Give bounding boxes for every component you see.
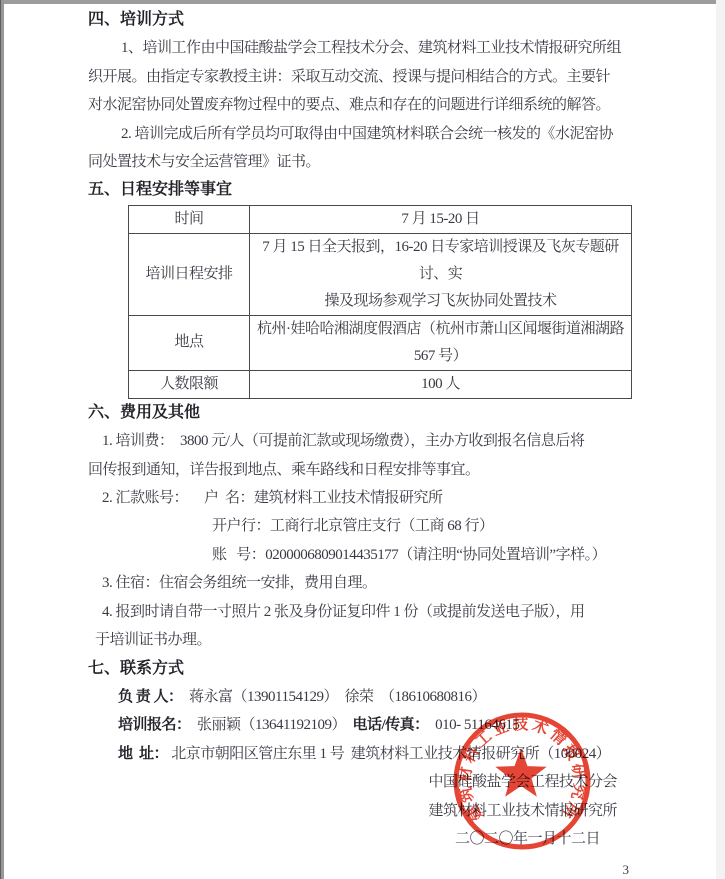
- section-heading-fees: 六、费用及其他: [88, 399, 632, 427]
- table-cell-label: 时间: [129, 205, 250, 233]
- bank-line: 开户行：工商行北京管庄支行（工商 68 行）: [88, 512, 632, 540]
- closing-org-2: 建筑材料工业技术情报研究所: [88, 797, 632, 825]
- scan-edge-left: [0, 0, 4, 879]
- contact-signup-line: 培训报名： 张丽颖（13641192109） 电话/传真： 010- 51164…: [88, 711, 632, 739]
- address-value: 北京市朝阳区管庄东里 1 号 建筑材料工业技术情报研究所（100024）: [168, 746, 610, 762]
- table-cell-value: 杭州·娃哈哈湘湖度假酒店（杭州市萧山区闻堰街道湘湖路 567 号）: [250, 315, 632, 370]
- paragraph-line: 1、培训工作由中国硅酸盐学会工程技术分会、建筑材料工业技术情报研究所组: [88, 34, 632, 62]
- phone-label: 电话/传真：: [352, 717, 428, 733]
- leader-label: 负 责 人：: [118, 689, 183, 705]
- section-heading-training-method: 四、培训方式: [88, 6, 632, 34]
- table-row: 地点 杭州·娃哈哈湘湖度假酒店（杭州市萧山区闻堰街道湘湖路 567 号）: [129, 315, 632, 370]
- page-number: 3: [88, 856, 632, 879]
- checkin-line: 于培训证书办理。: [88, 626, 632, 654]
- lodging-line: 3. 住宿：住宿会务组统一安排，费用自理。: [88, 569, 632, 597]
- fee-line: 回传报到通知，详告报到地点、乘车路线和日程安排等事宜。: [88, 456, 632, 484]
- remit-account-line: 2. 汇款账号：户 名：建筑材料工业技术情报研究所: [88, 484, 632, 512]
- account-name: 户 名：建筑材料工业技术情报研究所: [204, 490, 443, 506]
- table-row: 人数限额 100 人: [129, 370, 632, 398]
- address-label: 地 址：: [118, 746, 168, 762]
- table-cell-value: 7 月 15-20 日: [250, 205, 632, 233]
- signup-value: 张丽颖（13641192109）: [191, 717, 353, 733]
- paragraph-line: 同处置技术与安全运营管理》证书。: [88, 148, 632, 176]
- table-row: 时间 7 月 15-20 日: [129, 205, 632, 233]
- scan-edge-right: [716, 0, 725, 879]
- leader-value: 蒋永富（13901154129） 徐荣 （18610680816）: [183, 689, 486, 705]
- contact-leader-line: 负 责 人： 蒋永富（13901154129） 徐荣 （18610680816）: [88, 683, 632, 711]
- table-cell-value: 100 人: [250, 370, 632, 398]
- phone-value: 010- 51164615: [429, 717, 520, 733]
- remit-account-label: 2. 汇款账号：: [102, 490, 188, 506]
- table-cell-value: 7 月 15 日全天报到，16-20 日专家培训授课及飞灰专题研讨、实 操及现场…: [250, 233, 632, 315]
- table-cell-line: 操及现场参观学习飞灰协同处置技术: [254, 288, 627, 315]
- table-cell-label: 人数限额: [129, 370, 250, 398]
- paragraph-line: 织开展。由指定专家教授主讲：采取互动交流、授课与提问相结合的方式。主要针: [88, 63, 632, 91]
- table-cell-label: 培训日程安排: [129, 233, 250, 315]
- section-heading-contact: 七、联系方式: [88, 655, 632, 683]
- section-heading-schedule: 五、日程安排等事宜: [88, 176, 632, 204]
- paragraph-line: 对水泥窑协同处置废弃物过程中的要点、难点和存在的问题进行详细系统的解答。: [88, 91, 632, 119]
- contact-address-line: 地 址： 北京市朝阳区管庄东里 1 号 建筑材料工业技术情报研究所（100024…: [88, 740, 632, 768]
- signup-label: 培训报名：: [118, 717, 191, 733]
- table-row: 培训日程安排 7 月 15 日全天报到，16-20 日专家培训授课及飞灰专题研讨…: [129, 233, 632, 315]
- closing-date: 二〇二〇年一月十二日: [88, 825, 632, 853]
- checkin-line: 4. 报到时请自带一寸照片 2 张及身份证复印件 1 份（或提前发送电子版），用: [88, 598, 632, 626]
- document-page: 四、培训方式 1、培训工作由中国硅酸盐学会工程技术分会、建筑材料工业技术情报研究…: [88, 6, 632, 879]
- schedule-table: 时间 7 月 15-20 日 培训日程安排 7 月 15 日全天报到，16-20…: [128, 205, 632, 399]
- table-cell-line: 7 月 15 日全天报到，16-20 日专家培训授课及飞灰专题研讨、实: [254, 234, 627, 288]
- paragraph-line: 2. 培训完成后所有学员均可取得由中国建筑材料联合会统一核发的《水泥窑协: [88, 120, 632, 148]
- account-number-line: 账 号：0200006809014435177（请注明“协同处置培训”字样。）: [88, 541, 632, 569]
- table-cell-label: 地点: [129, 315, 250, 370]
- fee-line: 1. 培训费： 3800 元/人（可提前汇款或现场缴费），主办方收到报名信息后将: [88, 427, 632, 455]
- scan-edge-top: [0, 0, 725, 4]
- closing-org-1: 中国硅酸盐学会工程技术分会: [88, 768, 632, 796]
